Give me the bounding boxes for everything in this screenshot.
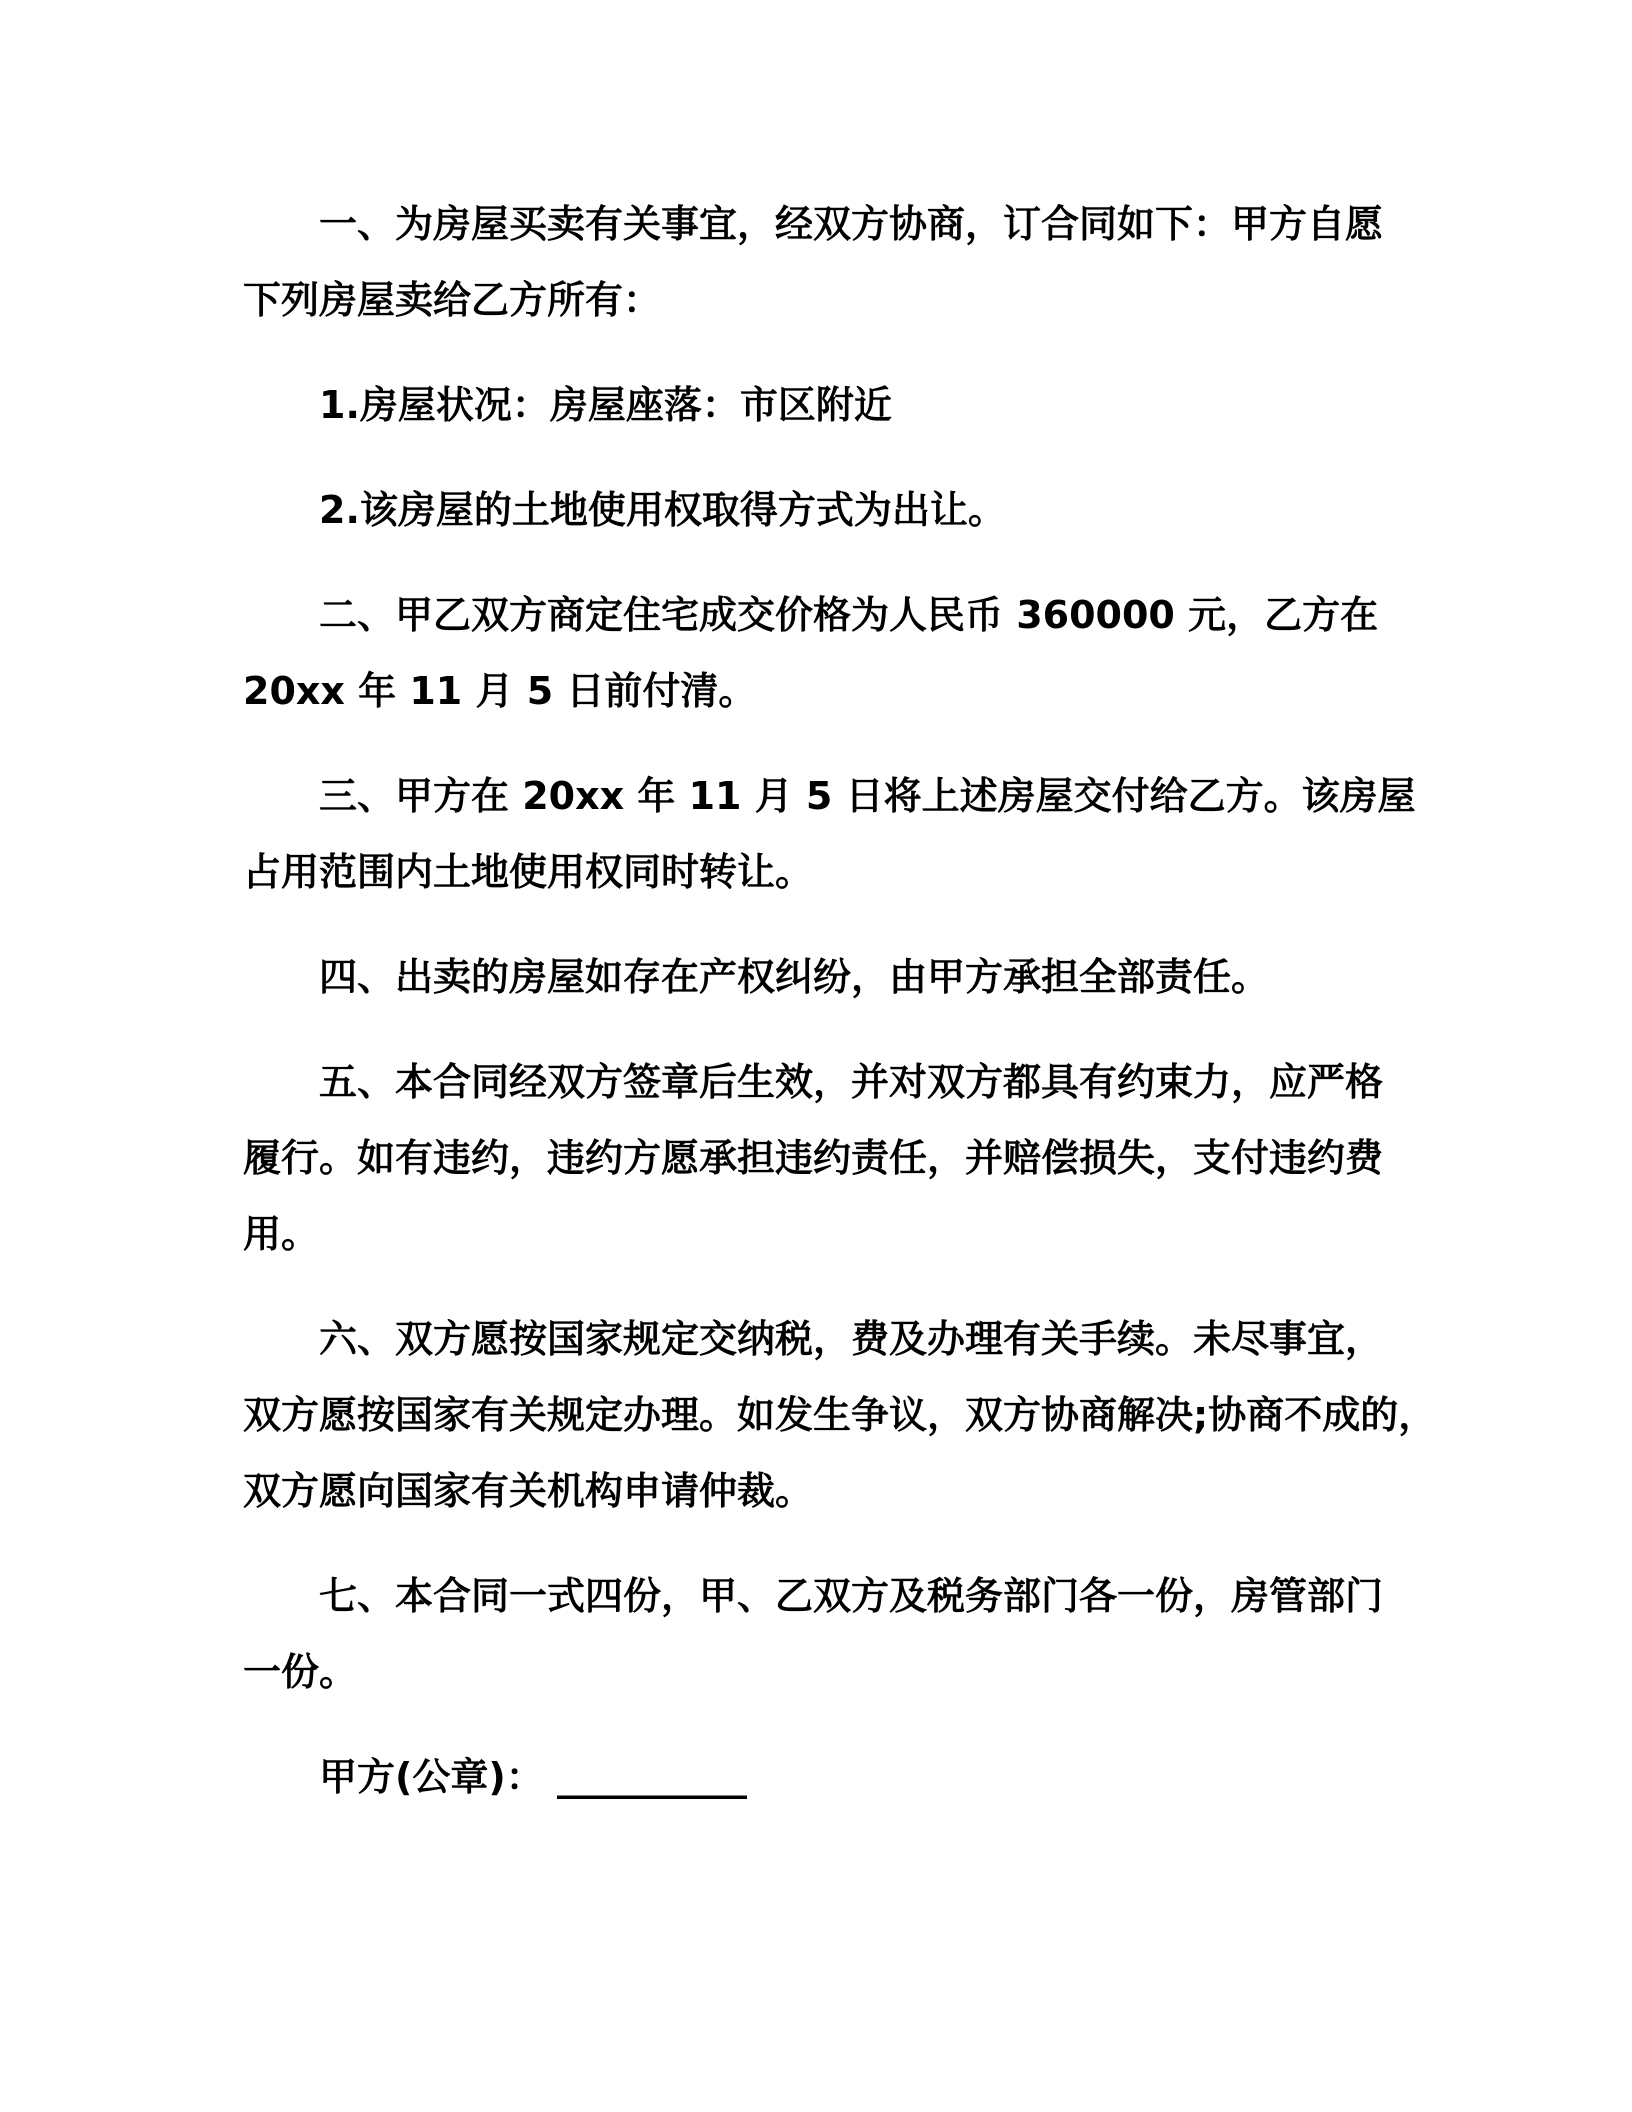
text-line: 一份。 bbox=[243, 1634, 1402, 1710]
paragraph-first-line: 一、为房屋买卖有关事宜，经双方协商，订合同如下：甲方自愿 bbox=[243, 186, 1402, 262]
text-line: 用。 bbox=[243, 1196, 1402, 1272]
paragraph: 三、甲方在 20xx 年 11 月 5 日将上述房屋交付给乙方。该房屋占用范围内… bbox=[243, 758, 1402, 910]
paragraph: 七、本合同一式四份，甲、乙双方及税务部门各一份，房管部门一份。 bbox=[243, 1558, 1402, 1710]
text-line: 履行。如有违约，违约方愿承担违约责任，并赔偿损失，支付违约费 bbox=[243, 1120, 1402, 1196]
paragraph-first-line: 甲方(公章)： __________ bbox=[243, 1739, 1402, 1815]
text-line: 双方愿向国家有关机构申请仲裁。 bbox=[243, 1453, 1402, 1529]
contract-body: 一、为房屋买卖有关事宜，经双方协商，订合同如下：甲方自愿下列房屋卖给乙方所有：1… bbox=[243, 186, 1402, 1815]
paragraph-first-line: 2.该房屋的土地使用权取得方式为出让。 bbox=[243, 472, 1402, 548]
paragraph: 甲方(公章)： __________ bbox=[243, 1739, 1402, 1815]
text-line: 下列房屋卖给乙方所有： bbox=[243, 262, 1402, 338]
text-line: 占用范围内土地使用权同时转让。 bbox=[243, 834, 1402, 910]
paragraph: 二、甲乙双方商定住宅成交价格为人民币 360000 元，乙方在20xx 年 11… bbox=[243, 577, 1402, 729]
paragraph-first-line: 七、本合同一式四份，甲、乙双方及税务部门各一份，房管部门 bbox=[243, 1558, 1402, 1634]
paragraph: 四、出卖的房屋如存在产权纠纷，由甲方承担全部责任。 bbox=[243, 939, 1402, 1015]
paragraph: 2.该房屋的土地使用权取得方式为出让。 bbox=[243, 472, 1402, 548]
text-line: 双方愿按国家有关规定办理。如发生争议，双方协商解决;协商不成的， bbox=[243, 1377, 1402, 1453]
paragraph: 六、双方愿按国家规定交纳税，费及办理有关手续。未尽事宜，双方愿按国家有关规定办理… bbox=[243, 1301, 1402, 1529]
paragraph: 一、为房屋买卖有关事宜，经双方协商，订合同如下：甲方自愿下列房屋卖给乙方所有： bbox=[243, 186, 1402, 338]
document-page: 一、为房屋买卖有关事宜，经双方协商，订合同如下：甲方自愿下列房屋卖给乙方所有：1… bbox=[0, 0, 1632, 2112]
text-line: 20xx 年 11 月 5 日前付清。 bbox=[243, 653, 1402, 729]
paragraph-first-line: 1.房屋状况：房屋座落：市区附近 bbox=[243, 367, 1402, 443]
paragraph-first-line: 二、甲乙双方商定住宅成交价格为人民币 360000 元，乙方在 bbox=[243, 577, 1402, 653]
paragraph: 五、本合同经双方签章后生效，并对双方都具有约束力，应严格履行。如有违约，违约方愿… bbox=[243, 1044, 1402, 1272]
paragraph-first-line: 四、出卖的房屋如存在产权纠纷，由甲方承担全部责任。 bbox=[243, 939, 1402, 1015]
paragraph-first-line: 三、甲方在 20xx 年 11 月 5 日将上述房屋交付给乙方。该房屋 bbox=[243, 758, 1402, 834]
paragraph: 1.房屋状况：房屋座落：市区附近 bbox=[243, 367, 1402, 443]
paragraph-first-line: 六、双方愿按国家规定交纳税，费及办理有关手续。未尽事宜， bbox=[243, 1301, 1402, 1377]
paragraph-first-line: 五、本合同经双方签章后生效，并对双方都具有约束力，应严格 bbox=[243, 1044, 1402, 1120]
